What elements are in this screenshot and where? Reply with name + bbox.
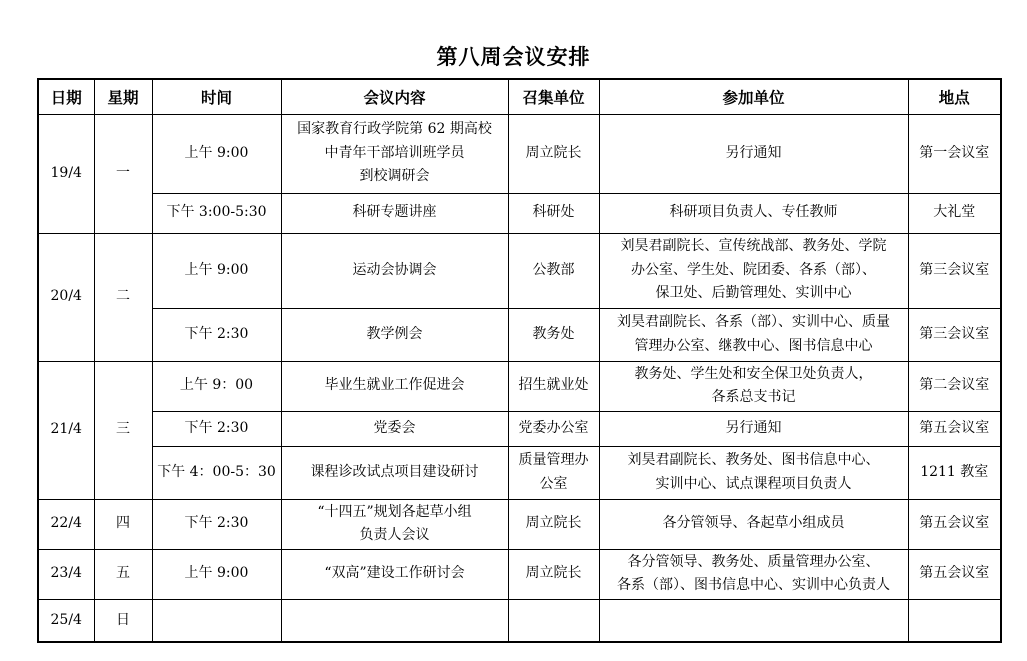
participants-cell: 另行通知	[599, 114, 908, 193]
convener-cell: 公教部	[508, 233, 599, 308]
location-cell: 第三会议室	[908, 233, 1001, 308]
location-cell: 第三会议室	[908, 308, 1001, 361]
location-cell: 第一会议室	[908, 114, 1001, 193]
participants-cell: 各分管领导、教务处、质量管理办公室、 各系（部）、图书信息中心、实训中心负责人	[599, 549, 908, 599]
date-cell: 20/4	[38, 233, 94, 361]
header-row: 日期 星期 时间 会议内容 召集单位 参加单位 地点	[38, 79, 1001, 114]
content-cell: 运动会协调会	[281, 233, 508, 308]
table-row: 下午 2:30 教学例会 教务处 刘昊君副院长、各系（部）、实训中心、质量 管理…	[38, 308, 1001, 361]
content-cell: 国家教育行政学院第 62 期高校 中青年干部培训班学员 到校调研会	[281, 114, 508, 193]
time-cell: 下午 2:30	[152, 411, 281, 446]
convener-cell: 周立院长	[508, 499, 599, 549]
location-cell: 第五会议室	[908, 411, 1001, 446]
header-time: 时间	[152, 79, 281, 114]
participants-cell: 刘昊君副院长、教务处、图书信息中心、 实训中心、试点课程项目负责人	[599, 446, 908, 499]
table-row: 下午 3:00-5:30 科研专题讲座 科研处 科研项目负责人、专任教师 大礼堂	[38, 193, 1001, 233]
location-cell: 第五会议室	[908, 549, 1001, 599]
weekday-cell: 五	[94, 549, 152, 599]
convener-cell	[508, 599, 599, 642]
weekday-cell: 一	[94, 114, 152, 233]
date-cell: 22/4	[38, 499, 94, 549]
date-cell: 21/4	[38, 361, 94, 499]
time-cell: 下午 3:00-5:30	[152, 193, 281, 233]
content-cell: 课程诊改试点项目建设研讨	[281, 446, 508, 499]
convener-cell: 周立院长	[508, 114, 599, 193]
weekday-cell: 二	[94, 233, 152, 361]
header-convener: 召集单位	[508, 79, 599, 114]
location-cell	[908, 599, 1001, 642]
date-cell: 19/4	[38, 114, 94, 233]
weekday-cell: 日	[94, 599, 152, 642]
time-cell: 下午 2:30	[152, 499, 281, 549]
header-participants: 参加单位	[599, 79, 908, 114]
table-row: 下午 2:30 党委会 党委办公室 另行通知 第五会议室	[38, 411, 1001, 446]
time-cell: 上午 9:00	[152, 549, 281, 599]
content-cell: 教学例会	[281, 308, 508, 361]
table-row: 20/4 二 上午 9:00 运动会协调会 公教部 刘昊君副院长、宣传统战部、教…	[38, 233, 1001, 308]
convener-cell: 教务处	[508, 308, 599, 361]
header-date: 日期	[38, 79, 94, 114]
convener-cell: 党委办公室	[508, 411, 599, 446]
table-row: 25/4 日	[38, 599, 1001, 642]
date-cell: 23/4	[38, 549, 94, 599]
time-cell: 上午 9:00	[152, 233, 281, 308]
content-cell: 科研专题讲座	[281, 193, 508, 233]
header-content: 会议内容	[281, 79, 508, 114]
time-cell: 下午 2:30	[152, 308, 281, 361]
participants-cell: 另行通知	[599, 411, 908, 446]
location-cell: 第二会议室	[908, 361, 1001, 411]
weekday-cell: 三	[94, 361, 152, 499]
content-cell	[281, 599, 508, 642]
content-cell: 毕业生就业工作促进会	[281, 361, 508, 411]
participants-cell: 刘昊君副院长、宣传统战部、教务处、学院 办公室、学生处、院团委、各系（部）、 保…	[599, 233, 908, 308]
date-cell: 25/4	[38, 599, 94, 642]
table-row: 下午 4：00-5：30 课程诊改试点项目建设研讨 质量管理办 公室 刘昊君副院…	[38, 446, 1001, 499]
participants-cell	[599, 599, 908, 642]
table-row: 23/4 五 上午 9:00 “双高”建设工作研讨会 周立院长 各分管领导、教务…	[38, 549, 1001, 599]
schedule-table: 日期 星期 时间 会议内容 召集单位 参加单位 地点 19/4 一 上午 9:0…	[37, 78, 1002, 643]
participants-cell: 刘昊君副院长、各系（部）、实训中心、质量 管理办公室、继教中心、图书信息中心	[599, 308, 908, 361]
table-row: 19/4 一 上午 9:00 国家教育行政学院第 62 期高校 中青年干部培训班…	[38, 114, 1001, 193]
weekday-cell: 四	[94, 499, 152, 549]
participants-cell: 科研项目负责人、专任教师	[599, 193, 908, 233]
page-title: 第八周会议安排	[0, 41, 1027, 71]
location-cell: 1211 教室	[908, 446, 1001, 499]
content-cell: “双高”建设工作研讨会	[281, 549, 508, 599]
time-cell: 上午 9:00	[152, 114, 281, 193]
time-cell	[152, 599, 281, 642]
participants-cell: 各分管领导、各起草小组成员	[599, 499, 908, 549]
participants-cell: 教务处、学生处和安全保卫处负责人， 各系总支书记	[599, 361, 908, 411]
time-cell: 上午 9：00	[152, 361, 281, 411]
convener-cell: 周立院长	[508, 549, 599, 599]
convener-cell: 科研处	[508, 193, 599, 233]
header-weekday: 星期	[94, 79, 152, 114]
location-cell: 大礼堂	[908, 193, 1001, 233]
content-cell: “十四五”规划各起草小组 负责人会议	[281, 499, 508, 549]
content-cell: 党委会	[281, 411, 508, 446]
table-row: 21/4 三 上午 9：00 毕业生就业工作促进会 招生就业处 教务处、学生处和…	[38, 361, 1001, 411]
header-location: 地点	[908, 79, 1001, 114]
table-row: 22/4 四 下午 2:30 “十四五”规划各起草小组 负责人会议 周立院长 各…	[38, 499, 1001, 549]
time-cell: 下午 4：00-5：30	[152, 446, 281, 499]
convener-cell: 质量管理办 公室	[508, 446, 599, 499]
convener-cell: 招生就业处	[508, 361, 599, 411]
location-cell: 第五会议室	[908, 499, 1001, 549]
